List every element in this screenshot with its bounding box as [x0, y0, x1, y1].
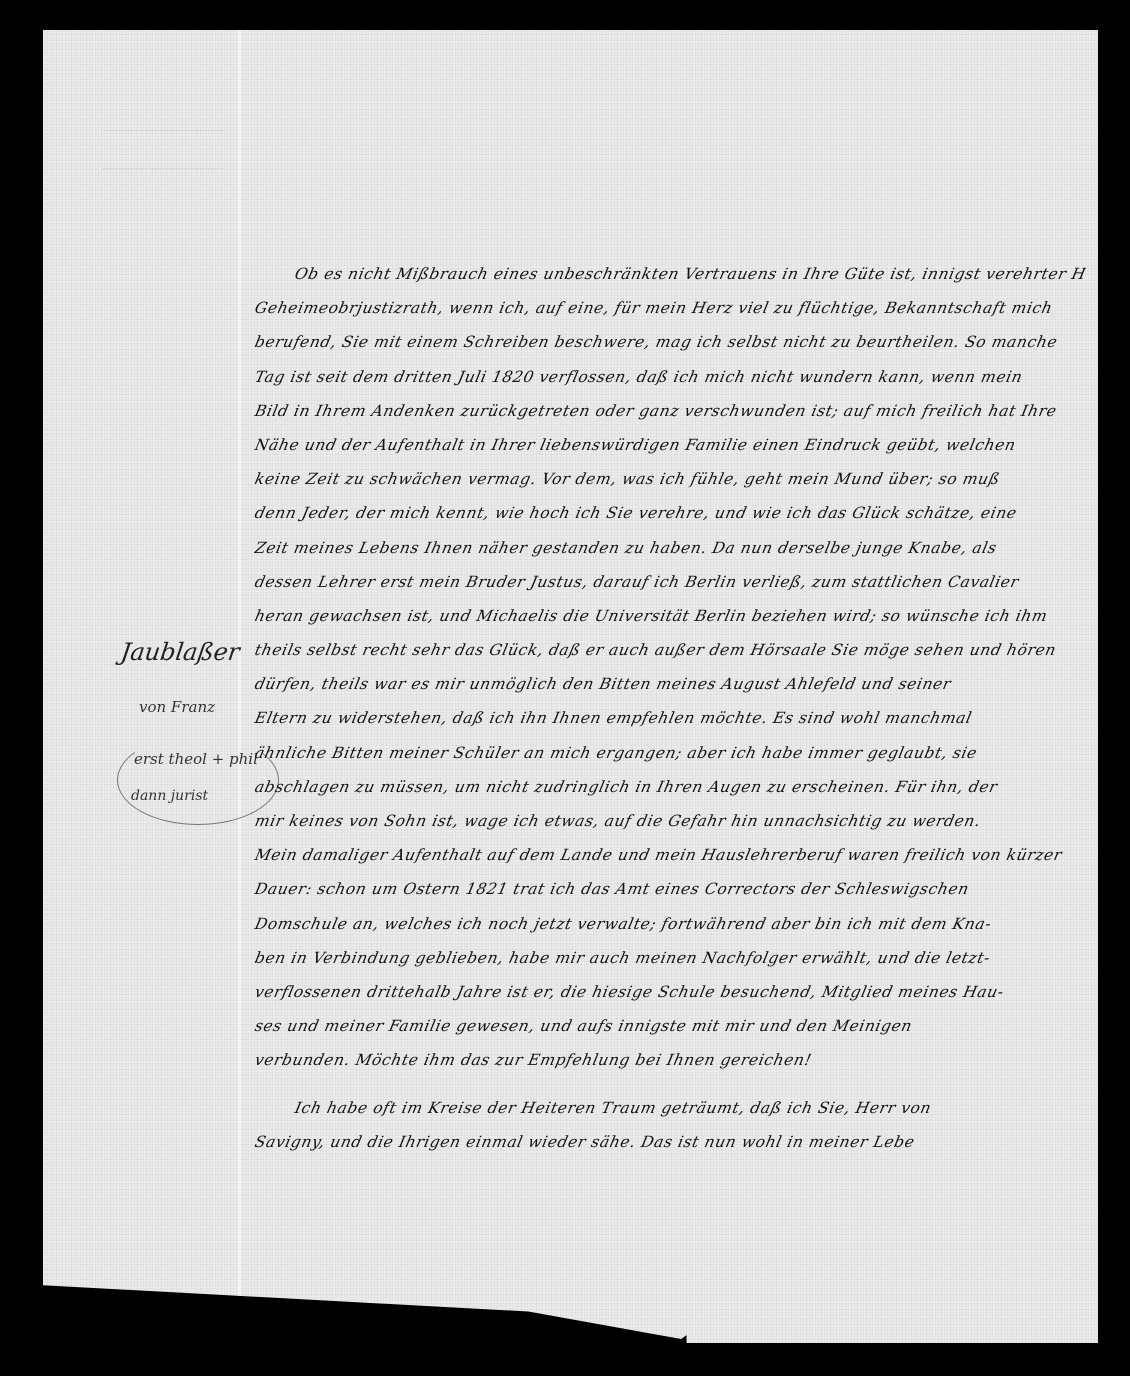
letter-line: dessen Lehrer erst mein Bruder Justus, d…: [251, 565, 1088, 599]
letter-line: ähnliche Bitten meiner Schüler an mich e…: [251, 736, 1088, 770]
letter-line: mir keines von Sohn ist, wage ich etwas,…: [251, 804, 1088, 838]
letter-line: Bild in Ihrem Andenken zurückgetreten od…: [251, 394, 1088, 428]
letter-line: ses und meiner Familie gewesen, und aufs…: [251, 1009, 1088, 1043]
margin-note-line: dann jurist: [131, 788, 208, 804]
letter-line: heran gewachsen ist, und Michaelis die U…: [251, 599, 1088, 633]
margin-note-line: von Franz: [139, 698, 215, 716]
letter-line: Geheimeobrjustizrath, wenn ich, auf eine…: [251, 291, 1088, 325]
letter-line: Zeit meines Lebens Ihnen näher gestanden…: [251, 531, 1088, 565]
letter-line: verflossenen drittehalb Jahre ist er, di…: [251, 975, 1088, 1009]
letter-line: ben in Verbindung geblieben, habe mir au…: [251, 941, 1088, 975]
letter-line: Ich habe oft im Kreise der Heiteren Trau…: [251, 1091, 1088, 1125]
letter-line: Savigny, und die Ihrigen einmal wieder s…: [251, 1125, 1088, 1159]
letter-line: denn Jeder, der mich kennt, wie hoch ich…: [251, 496, 1088, 530]
margin-note-line: Jaublaßer: [119, 638, 241, 666]
faded-bleedthrough-text: [103, 100, 223, 131]
margin-note-line: erst theol + phil: [134, 750, 258, 768]
letter-line: Tag ist seit dem dritten Juli 1820 verfl…: [251, 360, 1088, 394]
letter-page: Jaublaßer von Franz erst theol + phil da…: [43, 30, 1098, 1343]
letter-line: berufend, Sie mit einem Schreiben beschw…: [251, 325, 1088, 359]
paper-crease: [45, 1304, 235, 1318]
letter-line: Ob es nicht Mißbrauch eines unbeschränkt…: [251, 257, 1088, 291]
letter-line: theils selbst recht sehr das Glück, daß …: [251, 633, 1088, 667]
letter-line: abschlagen zu müssen, um nicht zudringli…: [251, 770, 1088, 804]
letter-line: Eltern zu widerstehen, daß ich ihn Ihnen…: [251, 701, 1088, 735]
letter-line: dürfen, theils war es mir unmöglich den …: [251, 667, 1088, 701]
letter-line: Mein damaliger Aufenthalt auf dem Lande …: [251, 838, 1088, 872]
letter-line: Domschule an, welches ich noch jetzt ver…: [251, 907, 1088, 941]
letter-body: Ob es nicht Mißbrauch eines unbeschränkt…: [255, 257, 1085, 1159]
letter-line: verbunden. Möchte ihm das zur Empfehlung…: [251, 1043, 1088, 1077]
letter-line: Dauer: schon um Ostern 1821 trat ich das…: [251, 872, 1088, 906]
faded-bleedthrough-text: [103, 138, 223, 169]
letter-line: Nähe und der Aufenthalt in Ihrer liebens…: [251, 428, 1088, 462]
letter-line: keine Zeit zu schwächen vermag. Vor dem,…: [251, 462, 1088, 496]
